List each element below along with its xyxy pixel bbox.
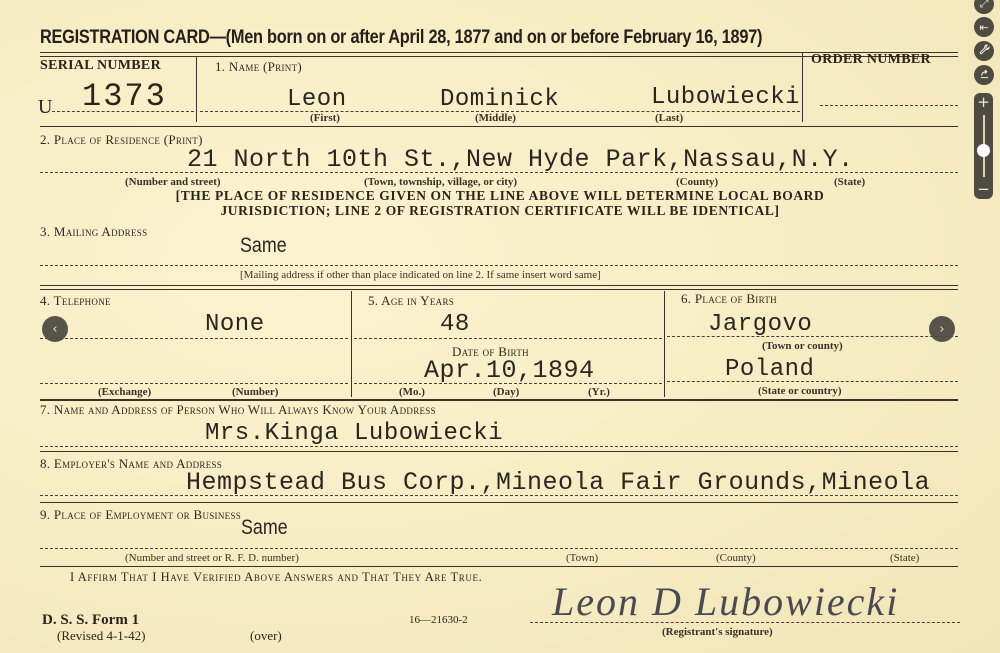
divider (40, 399, 958, 401)
registrant-signature: Leon D Lubowiecki (552, 578, 899, 625)
form-revised: (Revised 4-1-42) (57, 628, 145, 644)
divider (802, 52, 803, 122)
mailing-underline (40, 265, 958, 266)
mailing-value: Same (240, 234, 287, 258)
residence-value: 21 North 10th St.,New Hyde Park,Nassau,N… (187, 145, 854, 174)
signature-caption: (Registrant's signature) (662, 626, 773, 638)
share-button[interactable] (974, 65, 994, 85)
middle-name-value: Dominick (440, 86, 559, 113)
first-caption: (First) (310, 112, 340, 124)
telephone-label: 4. Telephone (40, 293, 111, 309)
county-caption: (County) (676, 176, 718, 188)
divider (196, 56, 197, 122)
state-country-caption: (State or country) (758, 385, 842, 397)
divider (40, 566, 958, 567)
employment-underline (40, 548, 958, 549)
divider (40, 126, 958, 127)
divider (351, 291, 352, 397)
last-name-value: Lubowiecki (651, 84, 800, 111)
chevron-left-icon: ‹ (52, 322, 57, 337)
zoom-slider-thumb[interactable] (977, 144, 990, 157)
exchange-caption: (Exchange) (98, 386, 151, 398)
street-rfd-caption: (Number and street or R. F. D. number) (125, 552, 299, 564)
jurisdiction-notice-line2: JURISDICTION; LINE 2 OF REGISTRATION CER… (100, 203, 900, 218)
serial-number-label: SERIAL NUMBER (40, 58, 161, 74)
contact-person-label: 7. Name and Address of Person Who Will A… (40, 402, 436, 418)
tools-button[interactable] (974, 41, 994, 61)
card-title: REGISTRATION CARD—(Men born on or after … (40, 27, 762, 49)
year-caption: (Yr.) (588, 386, 610, 398)
mailing-label: 3. Mailing Address (40, 224, 147, 240)
employer-value: Hempstead Bus Corp.,Mineola Fair Grounds… (186, 468, 930, 497)
serial-underline (52, 111, 194, 112)
divider (40, 451, 958, 452)
town-caption-9: (Town) (566, 552, 598, 564)
telephone-value: None (205, 311, 265, 338)
residence-underline (40, 172, 958, 173)
order-number-underline (820, 105, 958, 106)
registration-card: REGISTRATION CARD—(Men born on or after … (0, 0, 1000, 653)
town-caption: (Town, township, village, or city) (364, 176, 517, 188)
dob-value: Apr.10,1894 (424, 356, 595, 385)
age-underline (354, 338, 662, 339)
employment-place-value: Same (241, 516, 288, 540)
wrench-icon (979, 44, 990, 58)
affirmation-text: I Affirm That I Have Verified Above Answ… (70, 570, 482, 585)
first-name-value: Leon (287, 86, 347, 113)
birth-country-underline (667, 381, 958, 382)
collapse-panel-icon: ⇤ (979, 21, 988, 34)
jurisdiction-notice-line1: [THE PLACE OF RESIDENCE GIVEN ON THE LIN… (100, 188, 900, 203)
day-caption: (Day) (493, 386, 519, 398)
serial-number-value: 1373 (82, 78, 167, 115)
telephone-underline-2 (40, 383, 348, 384)
street-caption: (Number and street) (125, 176, 221, 188)
age-value: 48 (440, 311, 470, 338)
birthplace-label: 6. Place of Birth (681, 291, 777, 307)
previous-image-button[interactable]: ‹ (42, 316, 68, 342)
zoom-out-button[interactable]: − (974, 180, 993, 198)
state-caption-9: (State) (890, 552, 919, 564)
zoom-in-button[interactable]: + (974, 93, 993, 111)
over-note: (over) (250, 628, 282, 644)
birth-town-underline (667, 336, 958, 337)
middle-caption: (Middle) (475, 112, 516, 124)
signature-underline (530, 622, 960, 623)
zoom-control: + − (974, 93, 993, 199)
chevron-right-icon: › (939, 322, 944, 337)
order-number-label: ORDER NUMBER (811, 52, 931, 68)
contact-person-value: Mrs.Kinga Lubowiecki (205, 420, 503, 447)
form-id: D. S. S. Form 1 (42, 612, 139, 629)
name-label: 1. Name (Print) (215, 59, 302, 75)
town-county-caption: (Town or county) (762, 340, 843, 352)
residence-label: 2. Place of Residence (Print) (40, 132, 203, 148)
employer-underline (40, 495, 958, 496)
state-caption: (State) (834, 176, 865, 188)
divider (40, 502, 958, 503)
print-code: 16—21630-2 (409, 614, 468, 626)
birth-town-value: Jargovo (708, 311, 812, 338)
age-label: 5. Age in Years (368, 293, 454, 309)
telephone-underline (40, 338, 348, 339)
divider (664, 291, 665, 397)
county-caption-9: (County) (716, 552, 756, 564)
mailing-note: [Mailing address if other than place ind… (240, 269, 601, 281)
fullscreen-icon: ⤢ (980, 0, 989, 11)
last-caption: (Last) (655, 112, 683, 124)
serial-prefix: U (38, 96, 52, 119)
share-icon (979, 68, 990, 82)
collapse-panel-button[interactable]: ⇤ (974, 17, 994, 37)
employment-place-label: 9. Place of Employment or Business (40, 507, 241, 523)
month-caption: (Mo.) (399, 386, 425, 398)
number-caption: (Number) (232, 386, 278, 398)
divider (40, 285, 958, 290)
dob-underline (354, 383, 662, 384)
contact-underline (40, 446, 958, 447)
birth-country-value: Poland (725, 356, 814, 383)
next-image-button[interactable]: › (929, 316, 955, 342)
